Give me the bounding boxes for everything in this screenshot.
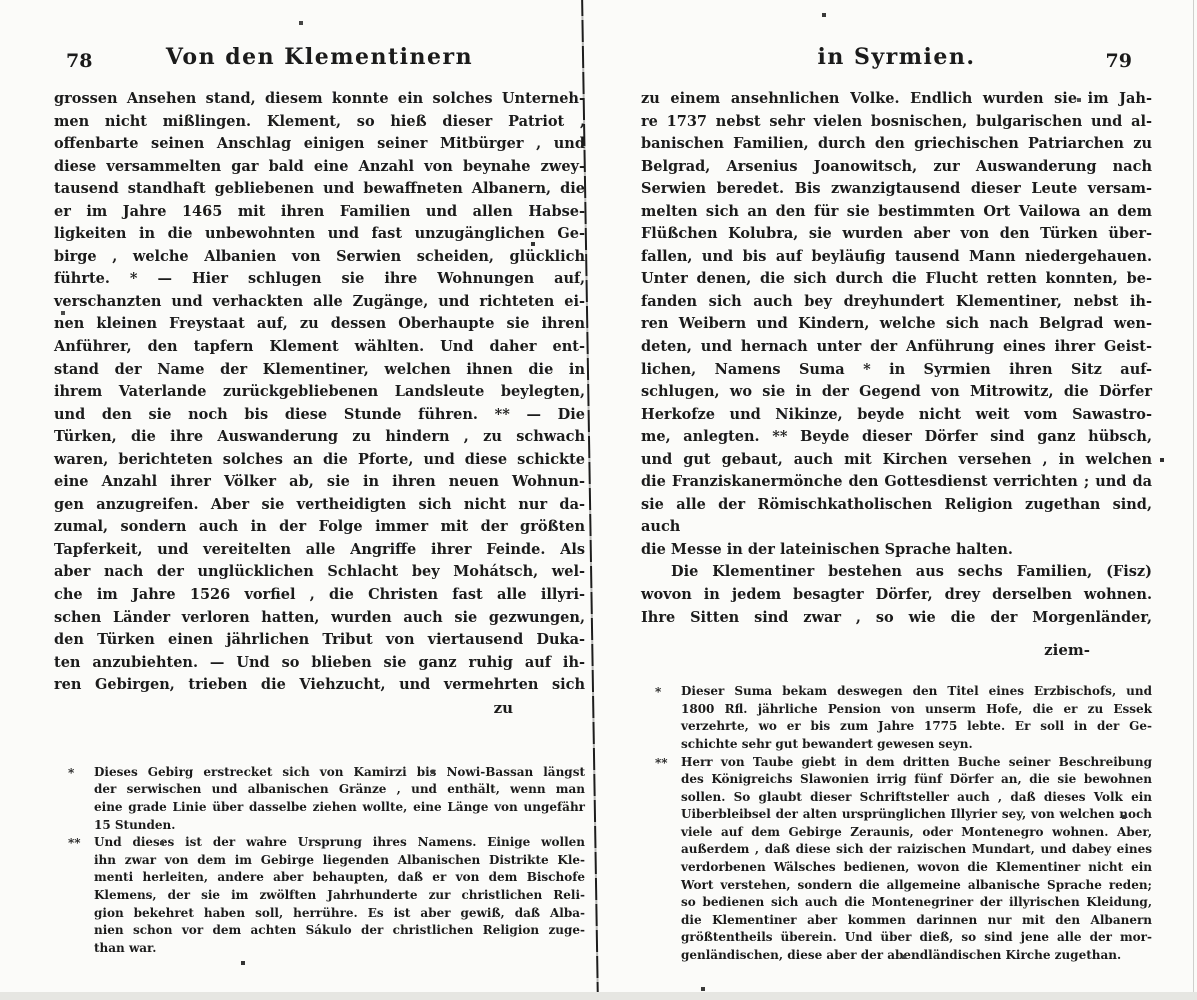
body-line: er im Jahre 1465 mit ihren Familien und … bbox=[54, 201, 585, 224]
footnote-text: Und dieses ist der wahre Ursprung ihres … bbox=[94, 834, 585, 957]
body-line: ligkeiten in die unbewohnten und fast un… bbox=[54, 223, 585, 246]
body-line: banischen Familien, durch den griechisch… bbox=[641, 133, 1152, 156]
footnote-line: Dieser Suma bekam deswegen den Titel ein… bbox=[681, 683, 1152, 701]
footnote-line: sollen. So glaubt dieser Schriftsteller … bbox=[681, 789, 1152, 807]
footnote-text: Herr von Taube giebt in dem dritten Buch… bbox=[681, 754, 1152, 965]
footnote-line: nien schon vor dem achten Sákulo der chr… bbox=[94, 922, 585, 940]
body-line: aber nach der unglücklichen Schlacht bey… bbox=[54, 561, 585, 584]
footnote-line: Uiberbleibsel der alten ursprünglichen I… bbox=[681, 806, 1152, 824]
body-line: offenbarte seinen Anschlag einigen seine… bbox=[54, 133, 585, 156]
body-line: verschanzten und verhackten alle Zugänge… bbox=[54, 291, 585, 314]
body-line: ren Weibern und Kindern, welche sich nac… bbox=[641, 313, 1152, 336]
scanner-bed-strip bbox=[0, 992, 1197, 1000]
body-line: Belgrad, Arsenius Joanowitsch, zur Auswa… bbox=[641, 156, 1152, 179]
footnote-line: Dieses Gebirg erstrecket sich von Kamirz… bbox=[94, 764, 585, 782]
body-line: und gut gebaut, auch mit Kirchen versehe… bbox=[641, 449, 1152, 472]
body-line: men nicht mißlingen. Klement, so hieß di… bbox=[54, 111, 585, 134]
footnote: * Dieser Suma bekam deswegen den Titel e… bbox=[641, 683, 1152, 753]
body-line: fallen, und bis auf beyläufig tausend Ma… bbox=[641, 246, 1152, 269]
footnote-text: Dieses Gebirg erstrecket sich von Kamirz… bbox=[94, 764, 585, 834]
body-line: Anführer, den tapfern Klement wählten. U… bbox=[54, 336, 585, 359]
body-line: Ihre Sitten sind zwar , so wie die der M… bbox=[641, 607, 1152, 630]
footnotes-left: * Dieses Gebirg erstrecket sich von Kami… bbox=[54, 764, 585, 958]
body-line: Serwien beredet. Bis zwanzigtausend dies… bbox=[641, 178, 1152, 201]
catchword-right: ziem- bbox=[641, 639, 1152, 661]
body-line: re 1737 nebst sehr vielen bosnischen, bu… bbox=[641, 111, 1152, 134]
body-line: deten, und hernach unter der Anführung e… bbox=[641, 336, 1152, 359]
footnote-line: ihn zwar von dem im Gebirge liegenden Al… bbox=[94, 852, 585, 870]
footnote-line: die Klementiner aber kommen darinnen nur… bbox=[681, 912, 1152, 930]
body-line: schen Länder verloren hatten, wurden auc… bbox=[54, 607, 585, 630]
body-line: me, anlegten. ** Beyde dieser Dörfer sin… bbox=[641, 426, 1152, 449]
footnote-line: eine grade Linie über dasselbe ziehen wo… bbox=[94, 799, 585, 817]
body-line: Flüßchen Kolubra, sie wurden aber von de… bbox=[641, 223, 1152, 246]
body-line: ten anzubiehten. — Und so blieben sie ga… bbox=[54, 652, 585, 675]
body-line: Tapferkeit, und vereitelten alle Angriff… bbox=[54, 539, 585, 562]
body-line: gen anzugreifen. Aber sie vertheidigten … bbox=[54, 494, 585, 517]
footnote-line: verdorbenen Wälsches bedienen, wovon die… bbox=[681, 859, 1152, 877]
body-line: grossen Ansehen stand, diesem konnte ein… bbox=[54, 88, 585, 111]
footnote: * Dieses Gebirg erstrecket sich von Kami… bbox=[54, 764, 585, 834]
footnote-line: der serwischen und albanischen Gränze , … bbox=[94, 781, 585, 799]
footnote-line: 1800 Rfl. jährliche Pension von unserm H… bbox=[681, 701, 1152, 719]
footnote-line: größtentheils überein. Und über dieß, so… bbox=[681, 929, 1152, 947]
footnote-text: Dieser Suma bekam deswegen den Titel ein… bbox=[681, 683, 1152, 753]
footnote: ** Und dieses ist der wahre Ursprung ihr… bbox=[54, 834, 585, 957]
footnote-line: 15 Stunden. bbox=[94, 817, 585, 835]
body-line: tausend standhaft gebliebenen und bewaff… bbox=[54, 178, 585, 201]
footnote-line: genländischen, diese aber der abendländi… bbox=[681, 947, 1152, 965]
footnote-line: verzehrte, wo er bis zum Jahre 1775 lebt… bbox=[681, 718, 1152, 736]
footnote-line: menti herleiten, andere aber behaupten, … bbox=[94, 869, 585, 887]
body-line: die Messe in der lateinischen Sprache ha… bbox=[641, 539, 1152, 562]
footnote-line: than war. bbox=[94, 940, 585, 958]
body-text-right: zu einem ansehnlichen Volke. Endlich wur… bbox=[641, 88, 1152, 629]
body-line: eine Anzahl ihrer Völker ab, sie in ihre… bbox=[54, 471, 585, 494]
body-line: und den sie noch bis diese Stunde führen… bbox=[54, 404, 585, 427]
body-line: Unter denen, die sich durch die Flucht r… bbox=[641, 268, 1152, 291]
body-line: birge , welche Albanien von Serwien sche… bbox=[54, 246, 585, 269]
scan-speckles bbox=[0, 0, 2, 2]
page-header-right: 79 in Syrmien. bbox=[641, 44, 1152, 80]
body-line: melten sich an den für sie bestimmten Or… bbox=[641, 201, 1152, 224]
body-line: schlugen, wo sie in der Gegend von Mitro… bbox=[641, 381, 1152, 404]
footnotes-right: * Dieser Suma bekam deswegen den Titel e… bbox=[641, 683, 1152, 965]
body-line: diese versammelten gar bald eine Anzahl … bbox=[54, 156, 585, 179]
footnote-line: schichte sehr gut bewandert gewesen seyn… bbox=[681, 736, 1152, 754]
body-line: ren Gebirgen, trieben die Viehzucht, und… bbox=[54, 674, 585, 697]
footnote-marker: ** bbox=[655, 755, 668, 773]
body-line: che im Jahre 1526 vorfiel , die Christen… bbox=[54, 584, 585, 607]
running-title-right: in Syrmien. bbox=[641, 44, 1152, 70]
page-edge-line bbox=[1193, 0, 1194, 1000]
footnote-line: gion bekehret haben soll, herrühre. Es i… bbox=[94, 905, 585, 923]
body-line: Die Klementiner bestehen aus sechs Famil… bbox=[641, 561, 1152, 584]
body-line: die Franziskanermönche den Gottesdienst … bbox=[641, 471, 1152, 494]
footnote-line: Wort verstehen, sondern die allgemeine a… bbox=[681, 877, 1152, 895]
footnote-marker: * bbox=[68, 765, 74, 783]
footnote-line: Herr von Taube giebt in dem dritten Buch… bbox=[681, 754, 1152, 772]
page-number-left: 78 bbox=[66, 50, 92, 72]
footnote-line: außerdem , daß diese sich der raizischen… bbox=[681, 841, 1152, 859]
footnote-line: so bedienen sich auch die Montenegriner … bbox=[681, 894, 1152, 912]
page-right: 79 in Syrmien. zu einem ansehnlichen Vol… bbox=[641, 44, 1152, 965]
body-line: fanden sich auch bey dreyhundert Klement… bbox=[641, 291, 1152, 314]
footnote: ** Herr von Taube giebt in dem dritten B… bbox=[641, 754, 1152, 965]
body-line: Herkofze und Nikinze, beyde nicht weit v… bbox=[641, 404, 1152, 427]
body-text-left: grossen Ansehen stand, diesem konnte ein… bbox=[54, 88, 585, 697]
running-title-left: Von den Klementinern bbox=[54, 44, 585, 70]
body-line: waren, berichteten solches an die Pforte… bbox=[54, 449, 585, 472]
catchword-left: zu bbox=[54, 697, 585, 719]
footnote-line: Und dieses ist der wahre Ursprung ihres … bbox=[94, 834, 585, 852]
body-line: stand der Name der Klementiner, welchen … bbox=[54, 359, 585, 382]
body-line: Türken, die ihre Auswanderung zu hindern… bbox=[54, 426, 585, 449]
page-left: 78 Von den Klementinern grossen Ansehen … bbox=[54, 44, 585, 957]
body-line: zumal, sondern auch in der Folge immer m… bbox=[54, 516, 585, 539]
body-line: ihrem Vaterlande zurückgebliebenen Lands… bbox=[54, 381, 585, 404]
body-line: führte. * — Hier schlugen sie ihre Wohnu… bbox=[54, 268, 585, 291]
footnote-marker: ** bbox=[68, 835, 81, 853]
footnote-line: des Königreichs Slawonien irrig fünf Dör… bbox=[681, 771, 1152, 789]
body-line: wovon in jedem besagter Dörfer, drey der… bbox=[641, 584, 1152, 607]
footnote-line: Klemens, der sie im zwölften Jahrhundert… bbox=[94, 887, 585, 905]
body-line: sie alle der Römischkatholischen Religio… bbox=[641, 494, 1152, 539]
body-line: nen kleinen Freystaat auf, zu dessen Obe… bbox=[54, 313, 585, 336]
footnote-marker: * bbox=[655, 684, 661, 702]
body-line: zu einem ansehnlichen Volke. Endlich wur… bbox=[641, 88, 1152, 111]
footnote-line: viele auf dem Gebirge Zeraunis, oder Mon… bbox=[681, 824, 1152, 842]
body-line: lichen, Namens Suma * in Syrmien ihren S… bbox=[641, 359, 1152, 382]
book-scan: 78 Von den Klementinern grossen Ansehen … bbox=[0, 0, 1197, 1000]
body-line: den Türken einen jährlichen Tribut von v… bbox=[54, 629, 585, 652]
page-header-left: 78 Von den Klementinern bbox=[54, 44, 585, 80]
page-number-right: 79 bbox=[1106, 50, 1132, 72]
